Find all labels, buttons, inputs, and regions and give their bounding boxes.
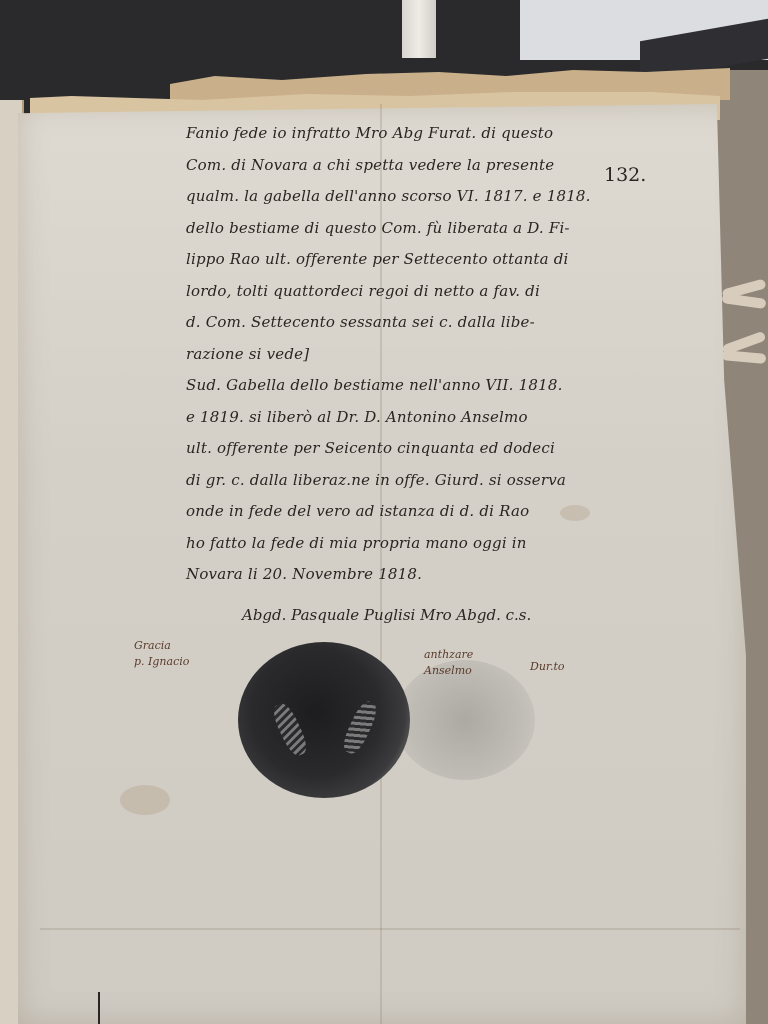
binding-tie: [722, 350, 767, 364]
margin-note-right-2: Dur.to: [530, 660, 565, 673]
manuscript-text: Fanio fede io infratto Mro Abg Furat. di…: [186, 118, 586, 591]
text-line: Fanio fede io infratto Mro Abg Furat. di…: [186, 118, 586, 150]
pen-mark: [98, 992, 100, 1024]
text-line: ho fatto la fede di mia propria mano ogg…: [186, 528, 586, 560]
text-line: ult. offerente per Seicento cinquanta ed…: [186, 433, 586, 465]
text-line: onde in fede del vero ad istanza di d. d…: [186, 496, 586, 528]
margin-note-right: anthzare Anselmo: [424, 647, 473, 679]
text-line: Novara li 20. Novembre 1818.: [186, 559, 586, 591]
text-line: d. Com. Settecento sessanta sei c. dalla…: [186, 307, 586, 339]
text-line: Sud. Gabella dello bestiame nell'anno VI…: [186, 370, 586, 402]
text-line: qualm. la gabella dell'anno scorso VI. 1…: [186, 181, 586, 213]
text-line: di gr. c. dalla liberaz.ne in offe. Giur…: [186, 465, 586, 497]
paper-stain: [120, 785, 170, 815]
seal-eagle-wing: [269, 700, 310, 758]
text-line: razione si vede]: [186, 339, 586, 371]
text-line: e 1819. si liberò al Dr. D. Antonino Ans…: [186, 402, 586, 434]
text-line: dello bestiame di questo Com. fù liberat…: [186, 213, 586, 245]
binding-ties: [722, 280, 768, 370]
seal-eagle-wing: [339, 698, 380, 756]
text-line: lordo, tolti quattordeci regoi di netto …: [186, 276, 586, 308]
margin-note-left: Gracia p. Ignacio: [134, 638, 189, 670]
text-line: Com. di Novara a chi spetta vedere la pr…: [186, 150, 586, 182]
note-line: anthzare: [424, 647, 473, 663]
binding-tie: [722, 293, 767, 309]
folio-number: 132.: [604, 164, 646, 186]
seal-icon: [238, 642, 410, 798]
text-line: lippo Rao ult. offerente per Settecento …: [186, 244, 586, 276]
page-fold: [40, 928, 740, 930]
note-line: p. Ignacio: [134, 654, 189, 670]
note-line: Gracia: [134, 638, 189, 654]
signature: Abgd. Pasquale Puglisi Mro Abgd. c.s.: [242, 606, 531, 624]
note-line: Anselmo: [424, 663, 473, 679]
bookmark-ribbon: [402, 0, 436, 58]
